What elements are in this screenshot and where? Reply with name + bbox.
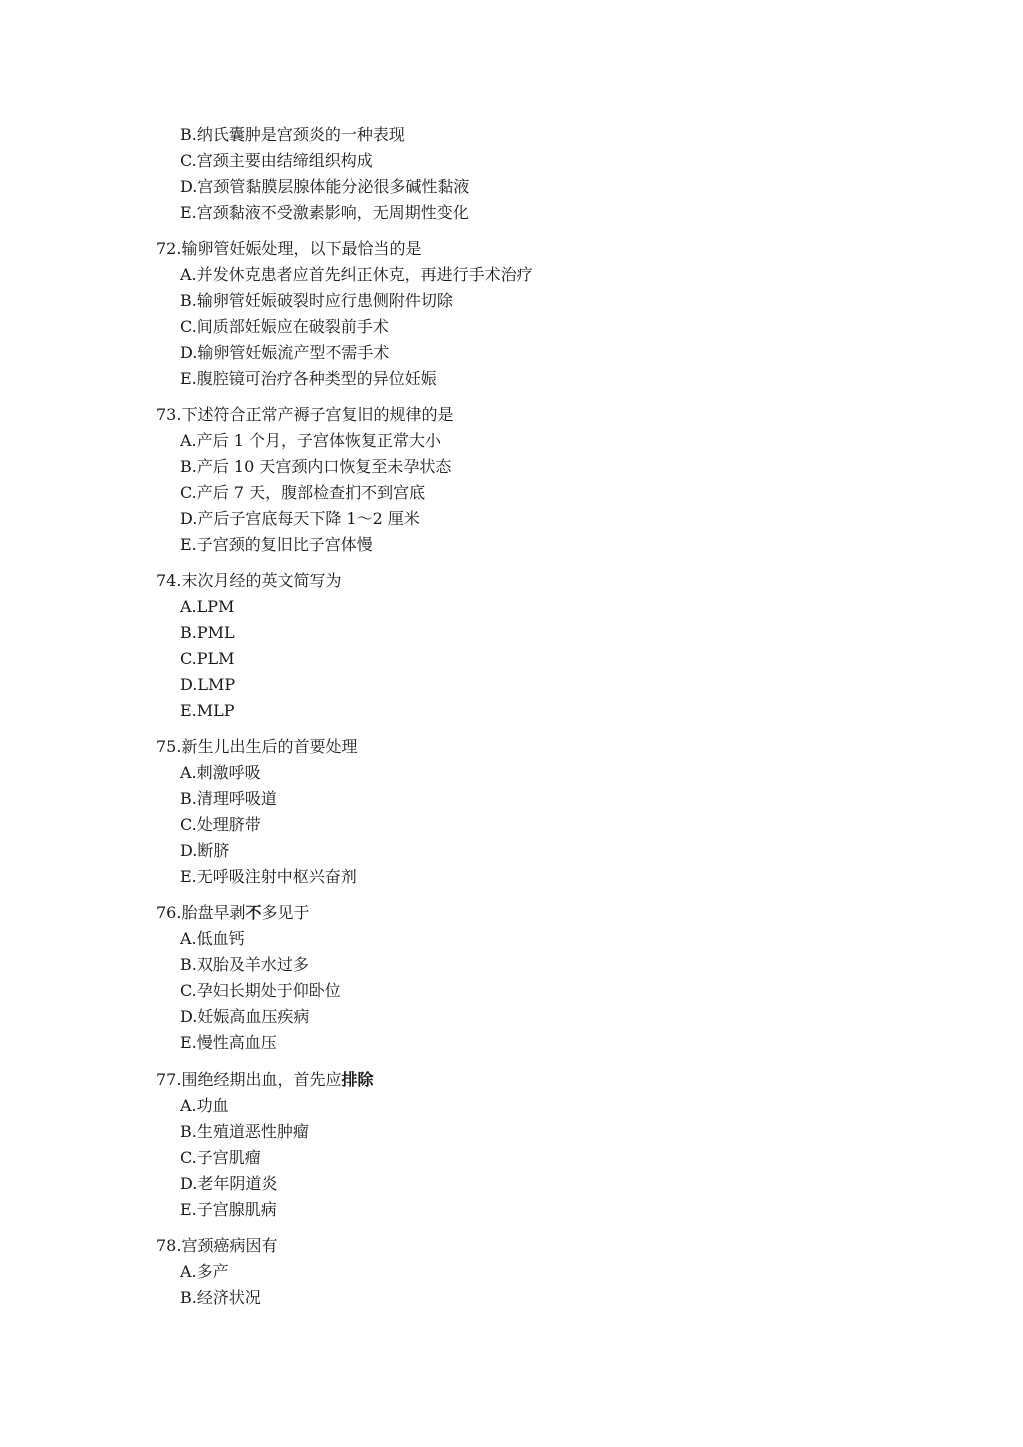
q74-option-b: B.PML [180,623,235,643]
q75-option-b: B.清理呼吸道 [180,789,277,809]
q75-option-a: A.刺激呼吸 [180,763,261,783]
emphasis-text: 排除 [341,1070,373,1089]
question-72-stem: 72.输卵管妊娠处理，以下最恰当的是 [156,239,421,259]
question-text: 围绝经期出血，首先应 [181,1070,341,1089]
q73-option-c: C.产后 7 天，腹部检查扪不到宫底 [180,483,425,503]
emphasis-text: 不 [245,903,261,922]
q77-option-a: A.功血 [180,1096,229,1116]
question-73-stem: 73.下述符合正常产褥子宫复旧的规律的是 [156,405,453,425]
question-number: 72. [156,239,181,258]
q71-option-c: C.宫颈主要由结缔组织构成 [180,151,373,171]
question-77-stem: 77.围绝经期出血，首先应排除 [156,1070,373,1090]
q73-option-e: E.子宫颈的复旧比子宫体慢 [180,535,373,555]
q72-option-d: D.输卵管妊娠流产型不需手术 [180,343,389,363]
q75-option-c: C.处理脐带 [180,815,261,835]
q76-option-a: A.低血钙 [180,929,245,949]
question-text: 末次月经的英文简写为 [181,571,341,590]
q71-option-d: D.宫颈管黏膜层腺体能分泌很多碱性黏液 [180,177,469,197]
q75-option-e: E.无呼吸注射中枢兴奋剂 [180,867,357,887]
q78-option-a: A.多产 [180,1262,229,1282]
q75-option-d: D.断脐 [180,841,229,861]
q73-option-a: A.产后 1 个月，子宫体恢复正常大小 [180,431,441,451]
document-page: B.纳氏囊肿是宫颈炎的一种表现 C.宫颈主要由结缔组织构成 D.宫颈管黏膜层腺体… [0,0,1023,1447]
q76-option-b: B.双胎及羊水过多 [180,955,309,975]
question-text: 下述符合正常产褥子宫复旧的规律的是 [181,405,453,424]
q76-option-e: E.慢性高血压 [180,1033,277,1053]
q77-option-d: D.老年阴道炎 [180,1174,277,1194]
question-number: 73. [156,405,181,424]
question-text-after: 多见于 [261,903,309,922]
q74-option-c: C.PLM [180,649,235,669]
q72-option-b: B.输卵管妊娠破裂时应行患侧附件切除 [180,291,453,311]
q74-option-e: E.MLP [180,701,235,721]
q77-option-e: E.子宫腺肌病 [180,1200,277,1220]
q73-option-b: B.产后 10 天宫颈内口恢复至未孕状态 [180,457,451,477]
question-number: 77. [156,1070,181,1089]
question-text: 新生儿出生后的首要处理 [181,737,357,756]
q72-option-a: A.并发休克患者应首先纠正休克，再进行手术治疗 [180,265,533,285]
q71-option-e: E.宫颈黏液不受激素影响，无周期性变化 [180,203,469,223]
q77-option-c: C.子宫肌瘤 [180,1148,261,1168]
question-text: 宫颈癌病因有 [181,1236,277,1255]
question-text: 输卵管妊娠处理，以下最恰当的是 [181,239,421,258]
question-74-stem: 74.末次月经的英文简写为 [156,571,341,591]
q76-option-d: D.妊娠高血压疾病 [180,1007,309,1027]
question-75-stem: 75.新生儿出生后的首要处理 [156,737,357,757]
question-number: 75. [156,737,181,756]
question-78-stem: 78.宫颈癌病因有 [156,1236,277,1256]
question-number: 76. [156,903,181,922]
q74-option-a: A.LPM [180,597,234,617]
question-number: 74. [156,571,181,590]
q77-option-b: B.生殖道恶性肿瘤 [180,1122,309,1142]
q71-option-b: B.纳氏囊肿是宫颈炎的一种表现 [180,125,405,145]
q74-option-d: D.LMP [180,675,235,695]
q78-option-b: B.经济状况 [180,1288,261,1308]
q72-option-c: C.间质部妊娠应在破裂前手术 [180,317,389,337]
question-number: 78. [156,1236,181,1255]
q72-option-e: E.腹腔镜可治疗各种类型的异位妊娠 [180,369,437,389]
q73-option-d: D.产后子宫底每天下降 1～2 厘米 [180,509,420,529]
question-text: 胎盘早剥 [181,903,245,922]
q76-option-c: C.孕妇长期处于仰卧位 [180,981,341,1001]
question-76-stem: 76.胎盘早剥不多见于 [156,903,310,923]
